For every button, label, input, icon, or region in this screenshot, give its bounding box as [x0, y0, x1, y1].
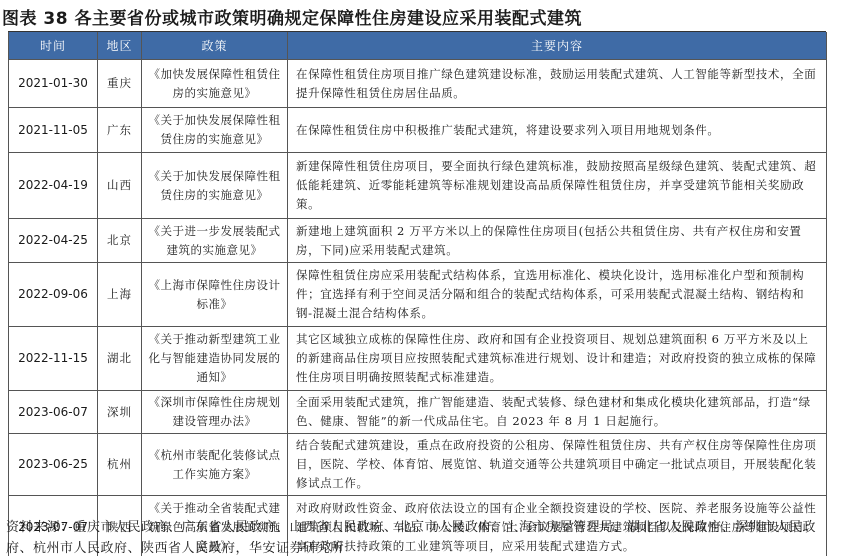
cell-policy: 《深圳市保障性住房规划建设管理办法》	[142, 391, 288, 434]
cell-content: 在保障性租赁住房项目推广绿色建筑建设标准，鼓励运用装配式建筑、人工智能等新型技术…	[288, 60, 827, 108]
cell-time: 2021-01-30	[9, 60, 98, 108]
cell-time: 2022-04-25	[9, 219, 98, 263]
cell-content: 其它区域独立成栋的保障性住房、政府和国有企业投资项目、规划总建筑面积 6 万平方…	[288, 327, 827, 391]
cell-region: 山西	[98, 153, 142, 219]
cell-content: 新建保障性租赁住房项目，要全面执行绿色建筑标准，鼓励按照高星级绿色建筑、装配式建…	[288, 153, 827, 219]
cell-policy: 《关于加快发展保障性租赁住房的实施意见》	[142, 153, 288, 219]
header-content: 主要内容	[288, 32, 827, 60]
table-row: 2022-11-15 湖北 《关于推动新型建筑工业化与智能建造协同发展的通知》 …	[9, 327, 827, 391]
cell-policy: 《加快发展保障性租赁住房的实施意见》	[142, 60, 288, 108]
figure-title: 图表 38 各主要省份或城市政策明确规定保障性住房建设应采用装配式建筑	[2, 4, 582, 29]
cell-region: 杭州	[98, 434, 142, 496]
cell-time: 2021-11-05	[9, 108, 98, 153]
cell-policy: 《杭州市装配化装修试点工作实施方案》	[142, 434, 288, 496]
cell-policy: 《关于进一步发展装配式建筑的实施意见》	[142, 219, 288, 263]
source-note: 资料来源：重庆市人民政府、广东省人民政府、山西省人民政府、北京市人民政府、上海市…	[6, 517, 836, 556]
header-time: 时间	[9, 32, 98, 60]
cell-region: 上海	[98, 263, 142, 327]
cell-time: 2023-06-25	[9, 434, 98, 496]
table-row: 2022-04-19 山西 《关于加快发展保障性租赁住房的实施意见》 新建保障性…	[9, 153, 827, 219]
cell-content: 全面采用装配式建筑，推广智能建造、装配式装修、绿色建材和集成化模块化建筑部品，打…	[288, 391, 827, 434]
cell-policy: 《关于推动新型建筑工业化与智能建造协同发展的通知》	[142, 327, 288, 391]
cell-content: 新建地上建筑面积 2 万平方米以上的保障性住房项目(包括公共租赁住房、共有产权住…	[288, 219, 827, 263]
cell-time: 2022-11-15	[9, 327, 98, 391]
header-region: 地区	[98, 32, 142, 60]
cell-region: 深圳	[98, 391, 142, 434]
table-row: 2023-06-07 深圳 《深圳市保障性住房规划建设管理办法》 全面采用装配式…	[9, 391, 827, 434]
table-row: 2023-06-25 杭州 《杭州市装配化装修试点工作实施方案》 结合装配式建筑…	[9, 434, 827, 496]
cell-time: 2022-09-06	[9, 263, 98, 327]
cell-policy: 《关于加快发展保障性租赁住房的实施意见》	[142, 108, 288, 153]
cell-content: 在保障性租赁住房中积极推广装配式建筑，将建设要求列入项目用地规划条件。	[288, 108, 827, 153]
cell-time: 2022-04-19	[9, 153, 98, 219]
table-row: 2021-11-05 广东 《关于加快发展保障性租赁住房的实施意见》 在保障性租…	[9, 108, 827, 153]
table-row: 2022-04-25 北京 《关于进一步发展装配式建筑的实施意见》 新建地上建筑…	[9, 219, 827, 263]
table-row: 2022-09-06 上海 《上海市保障性住房设计标准》 保障性租赁住房应采用装…	[9, 263, 827, 327]
cell-region: 重庆	[98, 60, 142, 108]
table-row: 2021-01-30 重庆 《加快发展保障性租赁住房的实施意见》 在保障性租赁住…	[9, 60, 827, 108]
cell-region: 湖北	[98, 327, 142, 391]
header-policy: 政策	[142, 32, 288, 60]
cell-policy: 《上海市保障性住房设计标准》	[142, 263, 288, 327]
cell-content: 保障性租赁住房应采用装配式结构体系，宜选用标准化、模块化设计，选用标准化户型和预…	[288, 263, 827, 327]
cell-content: 结合装配式建筑建设，重点在政府投资的公租房、保障性租赁住房、共有产权住房等保障性…	[288, 434, 827, 496]
cell-region: 北京	[98, 219, 142, 263]
cell-time: 2023-06-07	[9, 391, 98, 434]
table-header-row: 时间 地区 政策 主要内容	[9, 32, 827, 60]
policy-table: 时间 地区 政策 主要内容 2021-01-30 重庆 《加快发展保障性租赁住房…	[8, 32, 827, 556]
cell-region: 广东	[98, 108, 142, 153]
